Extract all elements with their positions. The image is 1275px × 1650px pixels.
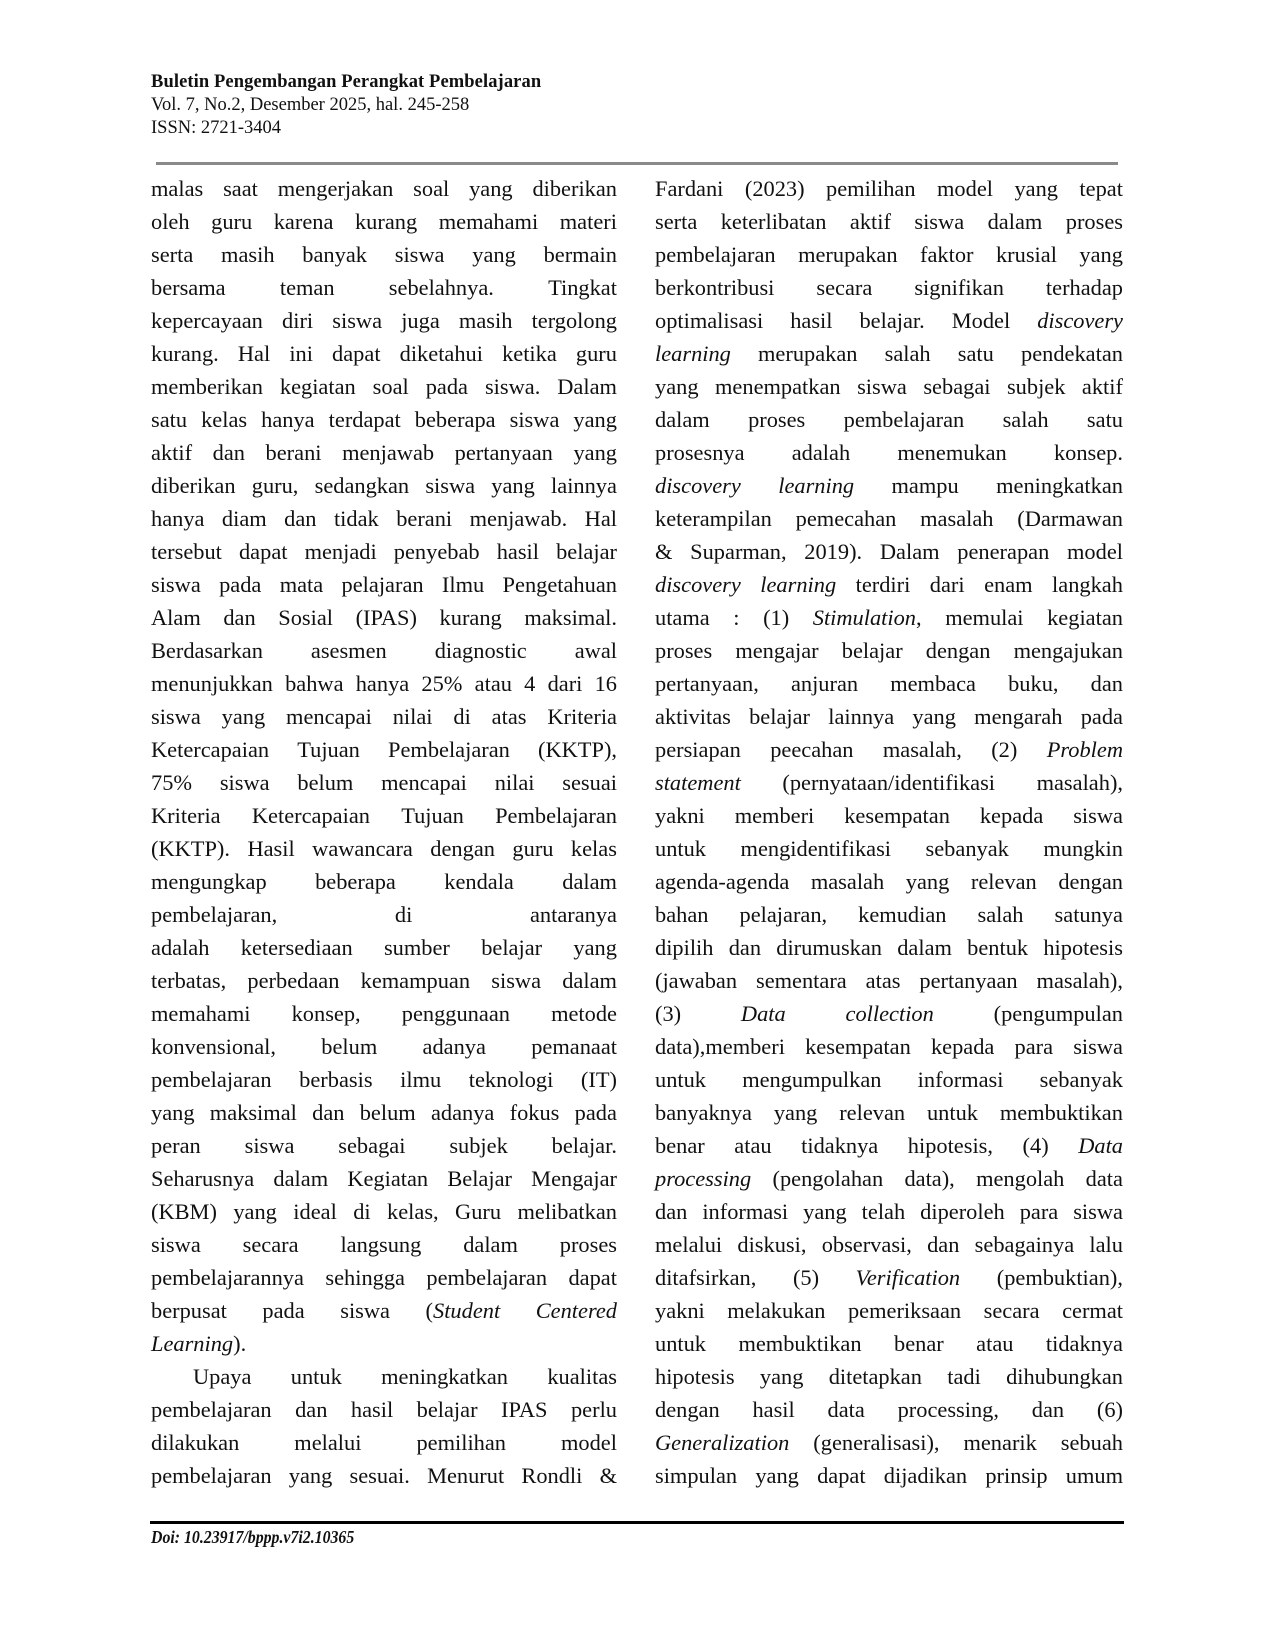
word: siswa <box>151 1228 201 1261</box>
word: siswa <box>1073 1030 1123 1063</box>
word: adalah <box>151 931 209 964</box>
word: cermat <box>1062 1294 1123 1327</box>
word: dan <box>213 436 245 469</box>
word: yang <box>1014 172 1058 205</box>
text-line: tersebutdapatmenjadipenyebabhasilbelajar <box>151 535 617 568</box>
word: discovery <box>655 469 741 502</box>
text-line: sertaketerlibatanaktifsiswadalamproses <box>655 205 1123 238</box>
word: siswa. <box>485 370 540 403</box>
word: Fardani <box>655 172 723 205</box>
word: 16 <box>595 667 617 700</box>
word: masalah, <box>883 733 962 766</box>
word: yakni <box>655 1294 705 1327</box>
text-line: pembelajaranmerupakanfaktorkrusialyang <box>655 238 1123 271</box>
word: oleh <box>151 205 190 238</box>
word: meningkatkan <box>381 1360 508 1393</box>
word: kemudian <box>858 898 946 931</box>
word: dan <box>284 502 316 535</box>
word: menjawab. <box>470 502 568 535</box>
word: Tujuan <box>401 799 464 832</box>
word: satu <box>1087 403 1123 436</box>
word: siswa <box>1073 1195 1123 1228</box>
word: pemilihan <box>826 172 916 205</box>
word: adalah <box>792 436 850 469</box>
word: dalam <box>562 964 617 997</box>
word: yang <box>222 700 266 733</box>
word: & <box>655 535 672 568</box>
word: ditafsirkan, <box>655 1261 756 1294</box>
left-column-text: malassaatmengerjakansoalyangdiberikanole… <box>151 172 617 1492</box>
text-line: daninformasiyangtelahdiperolehparasiswa <box>655 1195 1123 1228</box>
word: Tingkat <box>548 271 617 304</box>
word: dapat <box>332 337 381 370</box>
word: (pembuktian), <box>997 1261 1123 1294</box>
word: perlu <box>571 1393 617 1426</box>
text-line: yangmaksimaldanbelumadanyafokuspada <box>151 1096 617 1129</box>
word: yang <box>760 1360 804 1393</box>
word: pendekatan <box>1021 337 1123 370</box>
text-line: satukelashanyaterdapatbeberapasiswayang <box>151 403 617 436</box>
word: kurang. <box>151 337 219 370</box>
word: Kriteria <box>547 700 617 733</box>
word: tergolong <box>532 304 617 337</box>
word: dengan <box>655 1393 720 1426</box>
word: siswa <box>857 370 907 403</box>
word: dalam <box>897 931 952 964</box>
word: masalah <box>920 502 993 535</box>
word: soal <box>413 172 449 205</box>
word: keterlibatan <box>721 205 827 238</box>
text-line: hipotesisyangditetapkantadidihubungkan <box>655 1360 1123 1393</box>
word: kurang <box>440 601 502 634</box>
word: discovery <box>1037 304 1123 337</box>
text-line: banyaknyayangrelevanuntukmembuktikan <box>655 1096 1123 1129</box>
text-line: utama:(1)Stimulation,memulaikegiatan <box>655 601 1123 634</box>
text-line: pembelajarannyasehinggapembelajarandapat <box>151 1261 617 1294</box>
word: mengungkap <box>151 865 267 898</box>
word: pada <box>1081 700 1123 733</box>
word: berani <box>396 502 452 535</box>
word: siswa <box>914 205 964 238</box>
word: kesempatan <box>805 1030 911 1063</box>
word: optimalisasi <box>655 304 763 337</box>
text-line: SeharusnyadalamKegiatanBelajarMengajar <box>151 1162 617 1195</box>
text-line: sertamasihbanyaksiswayangbermain <box>151 238 617 271</box>
word: dapat <box>239 535 288 568</box>
word: (pernyataan/identifikasi <box>782 766 995 799</box>
word: belum <box>321 1030 377 1063</box>
word: subjek <box>1007 370 1065 403</box>
word: Kriteria <box>151 799 221 832</box>
text-line: KriteriaKetercapaianTujuanPembelajaran <box>151 799 617 832</box>
word: yang <box>233 1195 277 1228</box>
word: Centered <box>536 1294 617 1327</box>
text-line: untukmengumpulkaninformasisebanyak <box>655 1063 1123 1096</box>
word: hipotesis, <box>908 1129 993 1162</box>
text-line: benaratautidaknyahipotesis,(4)Data <box>655 1129 1123 1162</box>
word: memulai <box>945 601 1023 634</box>
word: menempatkan <box>715 370 841 403</box>
word: pertanyaan <box>919 964 1017 997</box>
word: lainnya <box>828 700 894 733</box>
word: yang <box>912 700 956 733</box>
word: yang <box>906 865 950 898</box>
word: hipotesis <box>1043 931 1123 964</box>
word: kelas, <box>387 1195 439 1228</box>
word: meningkatkan <box>996 469 1123 502</box>
word: beberapa <box>415 403 496 436</box>
word: dengan <box>430 832 495 865</box>
word: kendala <box>444 865 514 898</box>
volume-info: Vol. 7, No.2, Desember 2025, hal. 245-25… <box>151 94 541 117</box>
word: sesuai. <box>350 1459 410 1492</box>
word: kualitas <box>547 1360 617 1393</box>
word: pertanyaan <box>455 436 553 469</box>
text-line: kepercayaandirisiswajugamasihtergolong <box>151 304 617 337</box>
text-line: siswapadamatapelajaranIlmuPengetahuan <box>151 568 617 601</box>
word: pemanaat <box>531 1030 617 1063</box>
word: awal <box>575 634 617 667</box>
text-line: (jawabansementaraataspertanyaanmasalah), <box>655 964 1123 997</box>
text-line: siswayangmencapainilaidiatasKriteria <box>151 700 617 733</box>
word: Rondli <box>521 1459 582 1492</box>
word: (jawaban <box>655 964 737 997</box>
text-line: discoverylearningmampumeningkatkan <box>655 469 1123 502</box>
doi-link[interactable]: Doi: 10.23917/bppp.v7i2.10365 <box>151 1526 354 1548</box>
word: (KBM) <box>151 1195 217 1228</box>
word: hipotesis <box>655 1360 735 1393</box>
word: bermain <box>544 238 617 271</box>
text-line: Generalization(generalisasi),menariksebu… <box>655 1426 1123 1459</box>
word: peecahan <box>770 733 853 766</box>
word: belajar <box>556 535 617 568</box>
word: diberikan <box>151 469 236 502</box>
word: sebelahnya. <box>389 271 494 304</box>
word: saat <box>223 172 258 205</box>
text-line: pembelajaranyangsesuai.MenurutRondli& <box>151 1459 617 1492</box>
word: belajar. <box>552 1129 617 1162</box>
word: (2) <box>991 733 1017 766</box>
text-line: ditafsirkan,(5)Verification(pembuktian), <box>655 1261 1123 1294</box>
word: buku, <box>1008 667 1058 700</box>
word: yakni <box>655 799 705 832</box>
word: model <box>1067 535 1123 568</box>
word: dijadikan <box>884 1459 967 1492</box>
word: pembelajarannya <box>151 1261 304 1294</box>
word: yang <box>472 238 516 271</box>
word: Verification <box>856 1261 960 1294</box>
word: di <box>353 1195 370 1228</box>
text-line: mengungkapbeberapakendaladalam <box>151 865 617 898</box>
word: pelajaran <box>342 568 424 601</box>
text-line: untukmembuktikanbenaratautidaknya <box>655 1327 1123 1360</box>
text-line: processing(pengolahandata),mengolahdata <box>655 1162 1123 1195</box>
word: relevan <box>971 865 1037 898</box>
text-line: denganhasildataprocessing,dan(6) <box>655 1393 1123 1426</box>
word: kemampuan <box>361 964 470 997</box>
word: salah <box>885 337 931 370</box>
word: merupakan <box>758 337 857 370</box>
word: pembelajaran <box>655 238 776 271</box>
word: yang <box>755 1459 799 1492</box>
word: IPAS <box>501 1393 547 1426</box>
word: para <box>1015 1030 1054 1063</box>
word: subjek <box>449 1129 507 1162</box>
word: Menurut <box>427 1459 504 1492</box>
word: materi <box>560 205 617 238</box>
word: pembelajaran <box>151 1063 272 1096</box>
text-line: Fardani(2023)pemilihanmodelyangtepat <box>655 172 1123 205</box>
text-line: memahamikonsep,penggunaanmetode <box>151 997 617 1030</box>
word: mengumpulkan <box>742 1063 881 1096</box>
word: masalah <box>811 865 884 898</box>
word: Alam <box>151 601 201 634</box>
word: dan <box>1091 667 1123 700</box>
word: sebagainya <box>975 1228 1074 1261</box>
word: untuk <box>655 1327 706 1360</box>
word: masalah), <box>1037 964 1123 997</box>
text-line: (KBM)yangidealdikelas,Gurumelibatkan <box>151 1195 617 1228</box>
word: informasi <box>702 1195 788 1228</box>
word: keterampilan <box>655 502 772 535</box>
word: pelajaran, <box>740 898 828 931</box>
word: Guru <box>455 1195 501 1228</box>
word: konsep. <box>1054 436 1123 469</box>
word: (5) <box>793 1261 819 1294</box>
word: (pengolahan <box>772 1162 883 1195</box>
word: Stimulation, <box>813 601 922 634</box>
word: benar <box>655 1129 705 1162</box>
word: salah <box>1003 403 1049 436</box>
word: aktif <box>151 436 192 469</box>
word: membaca <box>890 667 976 700</box>
word: ketika <box>502 337 557 370</box>
word: aktif <box>1082 370 1123 403</box>
text-line: (3)Datacollection(pengumpulan <box>655 997 1123 1030</box>
word: secara <box>984 1294 1040 1327</box>
word: data),memberi <box>655 1030 785 1063</box>
word: teknologi <box>469 1063 554 1096</box>
word: kelas <box>201 403 247 436</box>
word: dan <box>655 1195 687 1228</box>
word: signifikan <box>914 271 1004 304</box>
text-line: discoverylearningterdiridarienamlangkah <box>655 568 1123 601</box>
text-line: dalamprosespembelajaransalahsatu <box>655 403 1123 436</box>
word: Learning). <box>151 1327 246 1360</box>
word: tidak <box>334 502 379 535</box>
word: Kegiatan <box>347 1162 428 1195</box>
word: belajar <box>749 700 810 733</box>
word: 75% <box>151 766 192 799</box>
word: pada <box>426 370 468 403</box>
word: yang <box>573 931 617 964</box>
text-line: &Suparman,2019).Dalampenerapanmodel <box>655 535 1123 568</box>
word: relevan <box>839 1096 905 1129</box>
word: langkah <box>1052 568 1123 601</box>
word: langsung <box>340 1228 421 1261</box>
word: dan <box>295 1393 327 1426</box>
word: diri <box>282 304 313 337</box>
text-line: siswasecaralangsungdalamproses <box>151 1228 617 1261</box>
word: memahami <box>439 205 538 238</box>
word: memberi <box>735 799 815 832</box>
issn: ISSN: 2721-3404 <box>151 117 541 140</box>
word: krusial <box>996 238 1057 271</box>
text-line: aktivitasbelajarlainnyayangmengarahpada <box>655 700 1123 733</box>
word: fokus <box>510 1096 560 1129</box>
word: dipilih <box>655 931 713 964</box>
word: mengidentifikasi <box>741 832 891 865</box>
word: bentuk <box>967 931 1028 964</box>
word: kegiatan <box>1047 601 1123 634</box>
word: Ketercapaian <box>151 733 269 766</box>
word: asesmen <box>311 634 387 667</box>
word: Hasil <box>247 832 294 865</box>
text-line: Learning). <box>151 1327 617 1360</box>
word: discovery <box>655 568 741 601</box>
word: dengan <box>1058 865 1123 898</box>
text-line: adalahketersediaansumberbelajaryang <box>151 931 617 964</box>
word: banyaknya <box>655 1096 752 1129</box>
word: dilakukan <box>151 1426 239 1459</box>
word: diagnostic <box>435 634 527 667</box>
word: dan <box>729 931 761 964</box>
word: Generalization <box>655 1426 789 1459</box>
word: guru <box>211 205 252 238</box>
word: adanya <box>423 1030 486 1063</box>
word: wawancara <box>312 832 413 865</box>
word: anjuran <box>791 667 858 700</box>
word: Upaya <box>193 1360 251 1393</box>
word: prosesnya <box>655 436 745 469</box>
word: malas <box>151 172 203 205</box>
text-line: (KKTP).Hasilwawancaradengangurukelas <box>151 832 617 865</box>
word: di <box>395 898 412 931</box>
right-column-text: Fardani(2023)pemilihanmodelyangtepatsert… <box>655 172 1123 1492</box>
text-line: pembelajaranberbasisilmuteknologi(IT) <box>151 1063 617 1096</box>
word: guru <box>512 832 553 865</box>
word: mencapai <box>286 700 372 733</box>
word: umum <box>1066 1459 1123 1492</box>
word: diperoleh <box>920 1195 1005 1228</box>
word: (IPAS) <box>356 601 417 634</box>
word: (pengumpulan <box>994 997 1123 1030</box>
word: kelas <box>571 832 617 865</box>
word: mengerjakan <box>278 172 394 205</box>
word: siswa <box>510 403 560 436</box>
word: para <box>1020 1195 1059 1228</box>
word: siswa <box>491 964 541 997</box>
word: mata <box>280 568 324 601</box>
word: utama <box>655 601 710 634</box>
word: belum <box>297 766 353 799</box>
word: kurang <box>355 205 417 238</box>
word: tadi <box>947 1360 981 1393</box>
word: lalu <box>1089 1228 1123 1261</box>
text-line: memberikankegiatansoalpadasiswa.Dalam <box>151 370 617 403</box>
running-header: Buletin Pengembangan Perangkat Pembelaja… <box>151 71 541 140</box>
word: satu <box>958 337 994 370</box>
word: peran <box>151 1129 201 1162</box>
word: banyak <box>302 238 367 271</box>
word: siswa <box>340 1294 390 1327</box>
word: perbedaan <box>247 964 339 997</box>
word: berbasis <box>299 1063 372 1096</box>
word: pemecahan <box>796 502 897 535</box>
text-line: yaknimemberikesempatankepadasiswa <box>655 799 1123 832</box>
word: berpusat <box>151 1294 227 1327</box>
word: prinsip <box>985 1459 1047 1492</box>
word: sedangkan <box>315 469 410 502</box>
word: Sosial <box>278 601 333 634</box>
word: antaranya <box>530 898 617 931</box>
word: Ketercapaian <box>252 799 370 832</box>
text-line: bahanpelajaran,kemudiansalahsatunya <box>655 898 1123 931</box>
word: terbatas, <box>151 964 226 997</box>
word: sementara <box>756 964 847 997</box>
word: (6) <box>1097 1393 1123 1426</box>
word: di <box>453 700 470 733</box>
word: pembelajaran <box>151 1459 272 1492</box>
word: telah <box>862 1195 906 1228</box>
word: maksimal. <box>524 601 617 634</box>
word: belum <box>360 1096 416 1129</box>
word: hanya <box>261 403 314 436</box>
word: siswa <box>245 1129 295 1162</box>
text-line: statement(pernyataan/identifikasimasalah… <box>655 766 1123 799</box>
word: siswa <box>1073 799 1123 832</box>
text-line: berpusatpadasiswa(StudentCentered <box>151 1294 617 1327</box>
word: serta <box>655 205 697 238</box>
word: bahan <box>655 898 708 931</box>
word: menarik <box>963 1426 1036 1459</box>
word: melalui <box>294 1426 361 1459</box>
text-line: menunjukkanbahwahanya25%atau4dari16 <box>151 667 617 700</box>
word: memahami <box>151 997 250 1030</box>
word: Model <box>952 304 1010 337</box>
word: Pembelajaran <box>388 733 510 766</box>
word: siswa <box>395 238 445 271</box>
word: sebagai <box>923 370 990 403</box>
word: tidaknya <box>1046 1327 1123 1360</box>
word: yang <box>151 1096 195 1129</box>
word: hasil <box>351 1393 393 1426</box>
text-line: berkontribusisecarasignifikanterhadap <box>655 271 1123 304</box>
word: pada <box>575 1096 617 1129</box>
word: mengajukan <box>1014 634 1123 667</box>
word: (KKTP), <box>538 733 617 766</box>
word: Tujuan <box>297 733 360 766</box>
word: pemilihan <box>416 1426 506 1459</box>
text-line: bersamatemansebelahnya.Tingkat <box>151 271 617 304</box>
text-line: KetercapaianTujuanPembelajaran(KKTP), <box>151 733 617 766</box>
word: salah <box>978 898 1024 931</box>
word: nilai <box>393 700 433 733</box>
word: tidaknya <box>801 1129 878 1162</box>
text-line: Berdasarkanasesmendiagnosticawal <box>151 634 617 667</box>
word: dan <box>1032 1393 1064 1426</box>
word: (4) <box>1023 1129 1049 1162</box>
word: ini <box>289 337 313 370</box>
word: mengajar <box>735 634 818 667</box>
word: pembelajaran <box>151 1393 272 1426</box>
word: yang <box>573 403 617 436</box>
word: diskusi, <box>737 1228 806 1261</box>
word: learning <box>778 469 854 502</box>
word: melakukan <box>727 1294 825 1327</box>
word: maksimal <box>210 1096 297 1129</box>
word: data), <box>904 1162 954 1195</box>
